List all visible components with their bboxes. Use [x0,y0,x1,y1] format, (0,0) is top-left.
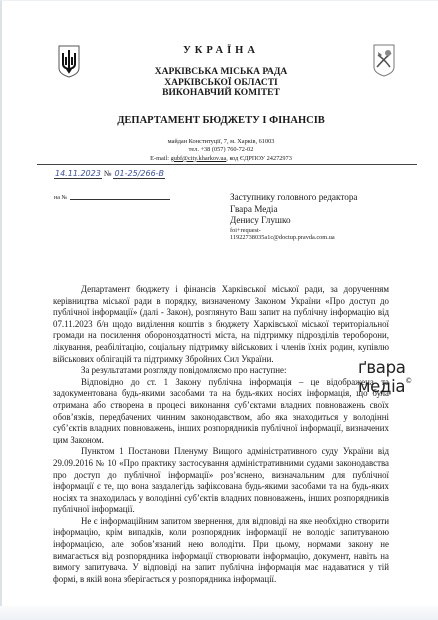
email-link[interactable]: gubf@city.kharkov.ua [171,155,227,162]
number-label: № [104,169,112,178]
email-line: E-mail: gubf@city.kharkov.ua, код ЄДРПОУ… [2,155,438,163]
addressee-organization: Гвара Медіа [230,204,358,216]
body-paragraph: За результатами розгляду повідомляємо пр… [53,365,389,377]
reply-to-blank [70,199,170,200]
registration-date: 14.11.2023 [54,169,102,179]
watermark-text: ґвара медіа [358,358,406,396]
addressee-email-line: 11922738035a1c@doctup.pravda.com.ua [230,234,358,242]
council-line: ХАРКІВСЬКОЇ ОБЛАСТІ [2,78,438,89]
email-label: E-mail: [150,155,169,162]
body-paragraph: Департамент бюджету і фінансів Харківськ… [53,284,389,365]
body-paragraph: Відповідно до ст. 1 Закону публічна інфо… [53,377,389,447]
phone-line: тел. +38 (057) 760-72-02 [2,146,438,154]
council-heading: ХАРКІВСЬКА МІСЬКА РАДА ХАРКІВСЬКОЇ ОБЛАС… [2,67,438,99]
body-paragraph: Пунктом 1 Постанови Пленуму Вищого адмін… [53,446,389,516]
addressee-email-line: foi+request- [230,227,358,235]
registration-line: 14.11.2023 № 01-25/266-В [54,169,165,178]
council-line: ВИКОНАВЧИЙ КОМІТЕТ [2,88,438,99]
header-divider [37,164,417,165]
body-paragraph: Не є інформаційним запитом звернення, дл… [53,516,389,586]
department-heading: ДЕПАРТАМЕНТ БЮДЖЕТУ І ФІНАНСІВ [2,115,438,126]
addressee-block: Заступнику головного редактора Гвара Мед… [230,192,358,242]
address-line: майдан Конституції, 7, м. Харків, 61003 [2,138,438,146]
document-page: УКРАЇНА ХАРКІВСЬКА МІСЬКА РАДА ХАРКІВСЬК… [0,0,438,612]
addressee-name: Денису Глушко [230,215,358,227]
letter-body: Департамент бюджету і фінансів Харківськ… [53,284,389,585]
addressee-position: Заступнику головного редактора [230,192,358,204]
page-bottom-edge [0,606,438,620]
reply-to-label: на № [54,195,67,201]
reply-to-line: на № [54,195,170,201]
hvara-media-watermark: ґвара медіа© [358,358,438,396]
council-line: ХАРКІВСЬКА МІСЬКА РАДА [2,67,438,78]
copyright-icon: © [405,377,412,385]
registration-number: 01-25/266-В [113,169,165,179]
contact-block: майдан Конституції, 7, м. Харків, 61003 … [2,138,438,163]
country-heading: УКРАЇНА [2,45,438,56]
addressee-email: foi+request- 11922738035a1c@doctup.pravd… [230,227,358,242]
edrpou-code: , код ЄДРПОУ 24272973 [226,155,292,162]
